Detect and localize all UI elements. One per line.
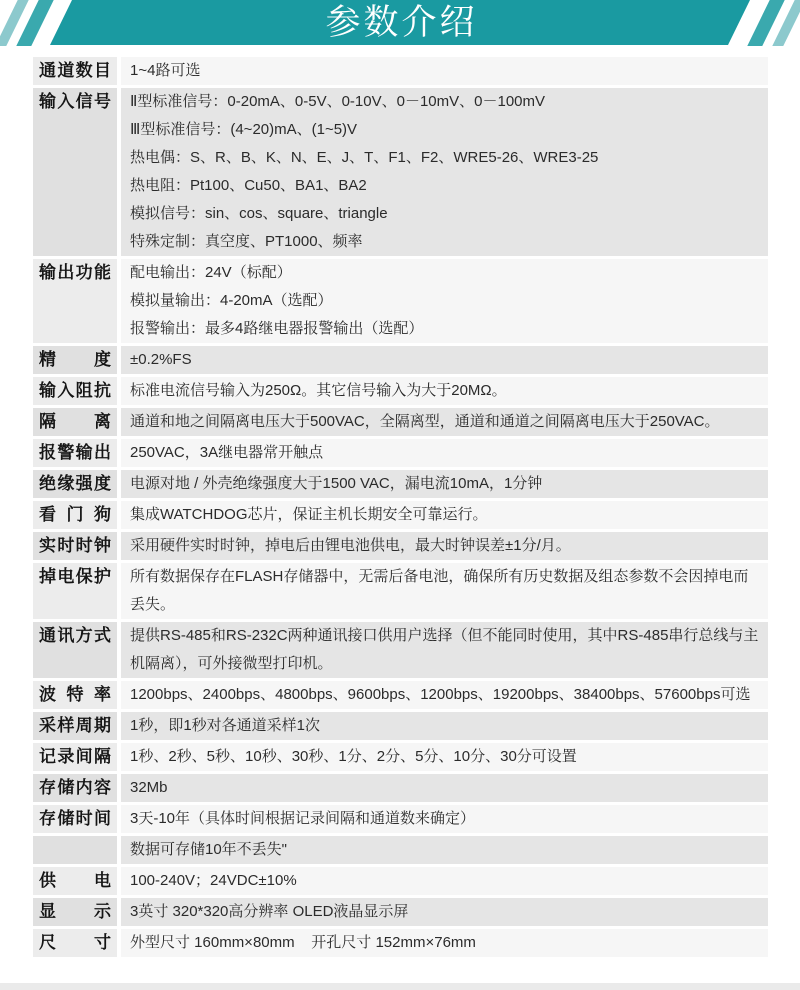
row-value-line: 标准电流信号输入为250Ω。其它信号输入为大于20MΩ。 [130,377,759,405]
row-label: 波特率 [33,681,117,709]
row-value-line: 提供RS-485和RS-232C两种通讯接口供用户选择（但不能同时使用，其中RS… [130,622,759,678]
row-value-line: 100-240V；24VDC±10% [130,867,759,895]
row-label: 显示 [33,898,117,926]
row-value: 所有数据保存在FLASH存储器中，无需后备电池，确保所有历史数据及组态参数不会因… [121,563,768,619]
page-title: 参数介绍 [322,0,477,45]
row-value: 3英寸 320*320高分辨率 OLED液晶显示屏 [121,898,768,926]
row-value-line: 热电阻：Pt100、Cu50、BA1、BA2 [130,172,759,200]
row-value: 3天-10年（具体时间根据记录间隔和通道数来确定） [121,805,768,833]
row-value-line: 采用硬件实时时钟，掉电后由锂电池供电，最大时钟误差±1分/月。 [130,532,759,560]
row-value: 外型尺寸 160mm×80mm 开孔尺寸 152mm×76mm [121,929,768,957]
banner-main: 参数介绍 [50,0,750,45]
row-value: 提供RS-485和RS-232C两种通讯接口供用户选择（但不能同时使用，其中RS… [121,622,768,678]
row-value: 100-240V；24VDC±10% [121,867,768,895]
row-label: 精度 [33,346,117,374]
row-value-line: 电源对地 / 外壳绝缘强度大于1500 VAC，漏电流10mA，1分钟 [130,470,759,498]
table-row: 显示 3英寸 320*320高分辨率 OLED液晶显示屏 [33,898,768,926]
row-label: 实时时钟 [33,532,117,560]
table-row: 存储内容 32Mb [33,774,768,802]
row-value-line: 外型尺寸 160mm×80mm 开孔尺寸 152mm×76mm [130,929,759,957]
table-row: 输出功能 配电输出：24V（标配）模拟量输出：4-20mA（选配）报警输出：最多… [33,259,768,343]
row-label: 报警输出 [33,439,117,467]
row-value-line: 数据可存储10年不丢失" [130,836,759,864]
row-value-line: 32Mb [130,774,759,802]
row-value-line: Ⅱ型标准信号：0-20mA、0-5V、0-10V、0－10mV、0－100mV [130,88,759,116]
row-value-line: 3天-10年（具体时间根据记录间隔和通道数来确定） [130,805,759,833]
row-value: 电源对地 / 外壳绝缘强度大于1500 VAC，漏电流10mA，1分钟 [121,470,768,498]
table-row: 输入阻抗 标准电流信号输入为250Ω。其它信号输入为大于20MΩ。 [33,377,768,405]
table-row: 绝缘强度 电源对地 / 外壳绝缘强度大于1500 VAC，漏电流10mA，1分钟 [33,470,768,498]
row-value-line: Ⅲ型标准信号：(4~20)mA、(1~5)V [130,116,759,144]
row-label: 供电 [33,867,117,895]
row-label: 尺寸 [33,929,117,957]
row-value-line: 通道和地之间隔离电压大于500VAC，全隔离型，通道和通道之间隔离电压大于250… [130,408,759,436]
row-value: 1秒、2秒、5秒、10秒、30秒、1分、2分、5分、10分、30分可设置 [121,743,768,771]
row-label: 采样周期 [33,712,117,740]
table-row: 通道数目 1~4路可选 [33,57,768,85]
table-row: 存储时间 3天-10年（具体时间根据记录间隔和通道数来确定） [33,805,768,833]
table-row: 看门狗 集成WATCHDOG芯片，保证主机长期安全可靠运行。 [33,501,768,529]
row-value-line: 1秒，即1秒对各通道采样1次 [130,712,759,740]
table-row: 尺寸 外型尺寸 160mm×80mm 开孔尺寸 152mm×76mm [33,929,768,957]
row-label: 绝缘强度 [33,470,117,498]
row-value: 标准电流信号输入为250Ω。其它信号输入为大于20MΩ。 [121,377,768,405]
row-value: 配电输出：24V（标配）模拟量输出：4-20mA（选配）报警输出：最多4路继电器… [121,259,768,343]
table-row: 采样周期 1秒，即1秒对各通道采样1次 [33,712,768,740]
spec-table: 通道数目 1~4路可选 输入信号 Ⅱ型标准信号：0-20mA、0-5V、0-10… [33,57,768,957]
row-label: 掉电保护 [33,563,117,619]
table-row: 报警输出 250VAC，3A继电器常开触点 [33,439,768,467]
row-value-line: 配电输出：24V（标配） [130,259,759,287]
row-value: 1200bps、2400bps、4800bps、9600bps、1200bps、… [121,681,768,709]
table-row: 隔离 通道和地之间隔离电压大于500VAC，全隔离型，通道和通道之间隔离电压大于… [33,408,768,436]
table-row: 波特率 1200bps、2400bps、4800bps、9600bps、1200… [33,681,768,709]
table-row: 实时时钟 采用硬件实时时钟，掉电后由锂电池供电，最大时钟误差±1分/月。 [33,532,768,560]
table-row: 输入信号 Ⅱ型标准信号：0-20mA、0-5V、0-10V、0－10mV、0－1… [33,88,768,256]
row-label: 输入信号 [33,88,117,256]
table-row: 掉电保护 所有数据保存在FLASH存储器中，无需后备电池，确保所有历史数据及组态… [33,563,768,619]
row-value-line: 报警输出：最多4路继电器报警输出（选配） [130,315,759,343]
row-label: 输出功能 [33,259,117,343]
row-label: 通讯方式 [33,622,117,678]
row-value: Ⅱ型标准信号：0-20mA、0-5V、0-10V、0－10mV、0－100mVⅢ… [121,88,768,256]
row-value: 通道和地之间隔离电压大于500VAC，全隔离型，通道和通道之间隔离电压大于250… [121,408,768,436]
row-label: 记录间隔 [33,743,117,771]
table-row: 通讯方式 提供RS-485和RS-232C两种通讯接口供用户选择（但不能同时使用… [33,622,768,678]
row-value: 数据可存储10年不丢失" [121,836,768,864]
row-value-line: 集成WATCHDOG芯片，保证主机长期安全可靠运行。 [130,501,759,529]
spec-sheet-page: 参数介绍 通道数目 1~4路可选 输入信号 Ⅱ型标准信号：0-20mA、0-5V… [0,0,800,990]
row-value: ±0.2%FS [121,346,768,374]
row-value: 采用硬件实时时钟，掉电后由锂电池供电，最大时钟误差±1分/月。 [121,532,768,560]
row-value-line: 1200bps、2400bps、4800bps、9600bps、1200bps、… [130,681,759,709]
row-value-line: 模拟信号：sin、cos、square、triangle [130,200,759,228]
table-row: 数据可存储10年不丢失" [33,836,768,864]
row-value-line: ±0.2%FS [130,346,759,374]
row-value-line: 模拟量输出：4-20mA（选配） [130,287,759,315]
row-label: 存储时间 [33,805,117,833]
row-label: 隔离 [33,408,117,436]
table-row: 供电 100-240V；24VDC±10% [33,867,768,895]
row-value: 250VAC，3A继电器常开触点 [121,439,768,467]
table-row: 精度 ±0.2%FS [33,346,768,374]
row-value-line: 特殊定制：真空度、PT1000、频率 [130,228,759,256]
row-value-line: 3英寸 320*320高分辨率 OLED液晶显示屏 [130,898,759,926]
row-value: 集成WATCHDOG芯片，保证主机长期安全可靠运行。 [121,501,768,529]
row-value-line: 热电偶：S、R、B、K、N、E、J、T、F1、F2、WRE5-26、WRE3-2… [130,144,759,172]
row-label [33,836,117,864]
row-value-line: 1~4路可选 [130,57,759,85]
row-value-line: 1秒、2秒、5秒、10秒、30秒、1分、2分、5分、10分、30分可设置 [130,743,759,771]
row-label: 看门狗 [33,501,117,529]
table-row: 记录间隔 1秒、2秒、5秒、10秒、30秒、1分、2分、5分、10分、30分可设… [33,743,768,771]
row-value: 1秒，即1秒对各通道采样1次 [121,712,768,740]
row-label: 输入阻抗 [33,377,117,405]
row-label: 通道数目 [33,57,117,85]
bottom-strip [0,983,800,990]
header-banner: 参数介绍 [0,0,800,46]
row-label: 存储内容 [33,774,117,802]
row-value: 32Mb [121,774,768,802]
row-value-line: 所有数据保存在FLASH存储器中，无需后备电池，确保所有历史数据及组态参数不会因… [130,563,759,619]
row-value: 1~4路可选 [121,57,768,85]
row-value-line: 250VAC，3A继电器常开触点 [130,439,759,467]
